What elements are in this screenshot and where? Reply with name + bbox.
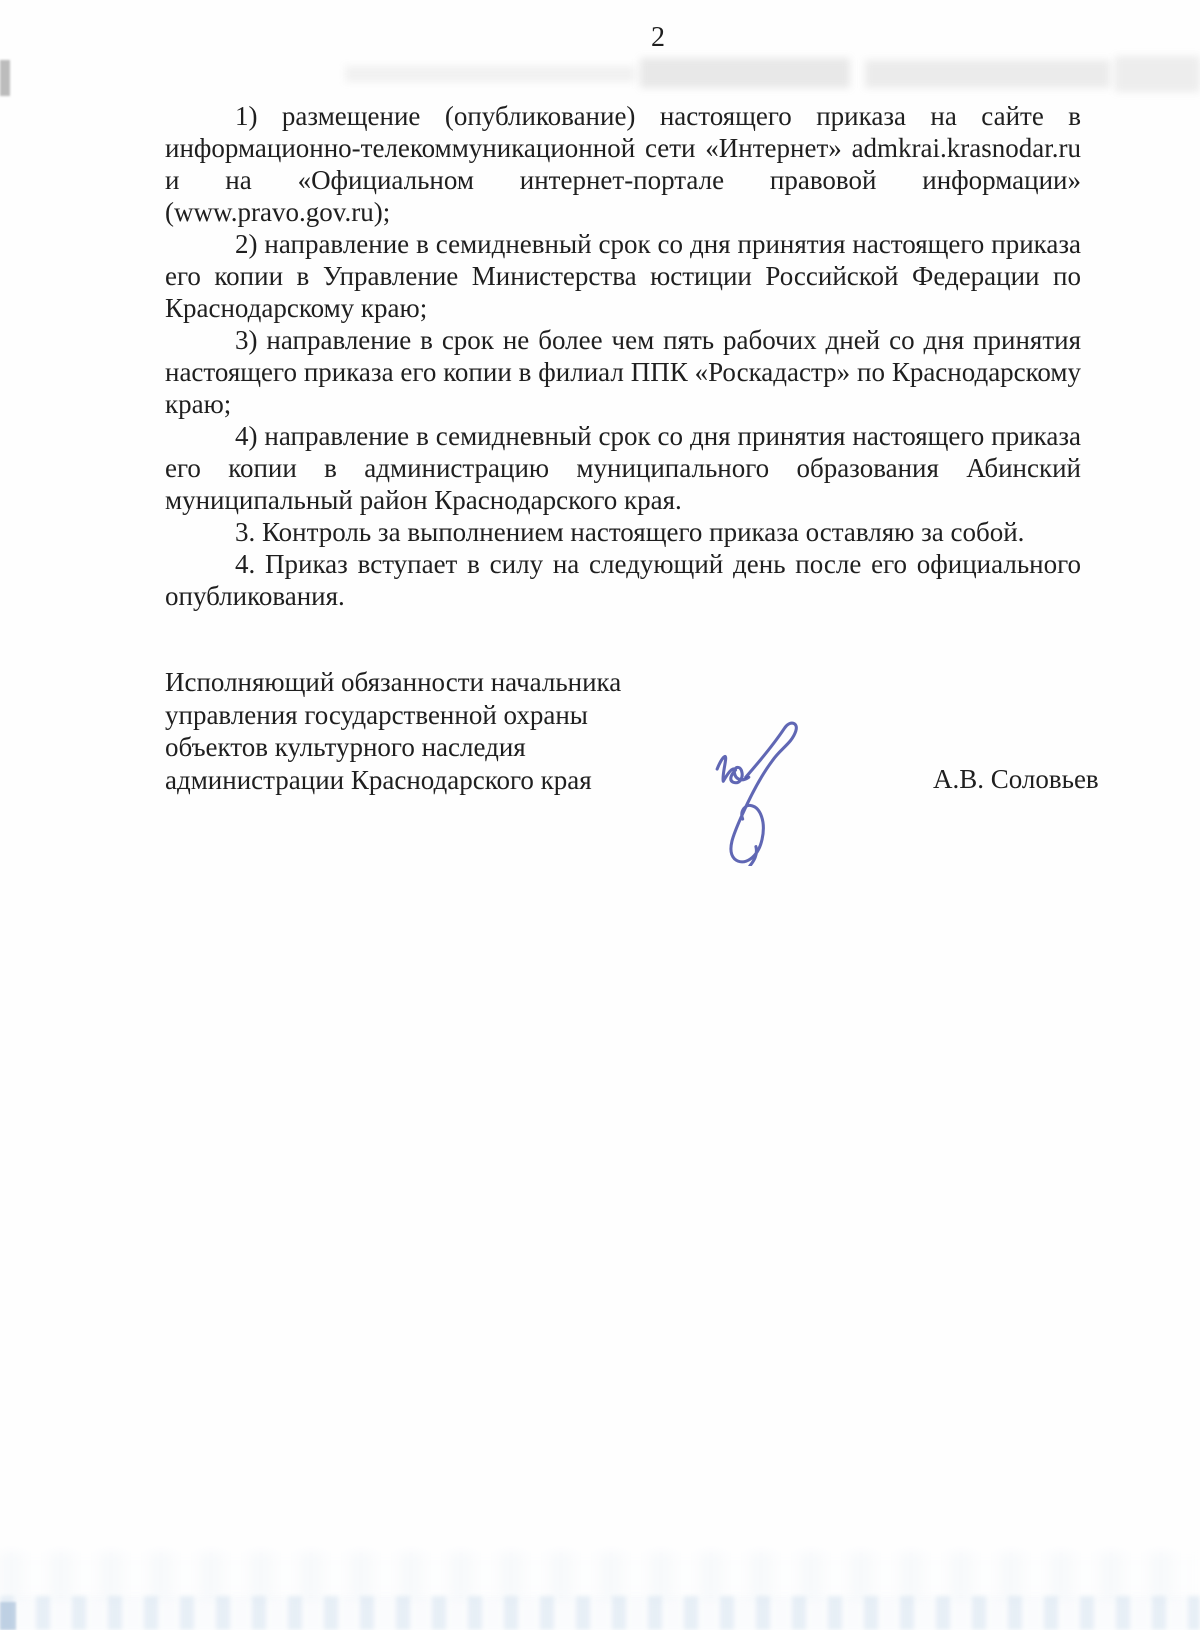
signatory-name: А.В. Соловьев xyxy=(933,764,1099,795)
signatory-title-line: управления государственной охраны xyxy=(165,699,621,732)
signature-stroke xyxy=(731,723,796,866)
signatory-title-line: объектов культурного наследия xyxy=(165,731,621,764)
scan-smudge xyxy=(345,66,635,82)
scan-edge-mark xyxy=(0,1602,16,1630)
scan-smudge xyxy=(640,58,850,88)
scan-bleed-band xyxy=(0,1596,1200,1630)
scan-smudge xyxy=(865,60,1110,88)
order-subitem-1: 1) размещение (опубликование) настоящего… xyxy=(165,100,1081,228)
document-page: 2 1) размещение (опубликование) настояще… xyxy=(0,0,1200,1630)
signatory-title-line: администрации Краснодарского края xyxy=(165,764,621,797)
order-body: 1) размещение (опубликование) настоящего… xyxy=(165,100,1081,612)
order-subitem-4: 4) направление в семидневный срок со дня… xyxy=(165,420,1081,516)
signatory-title: Исполняющий обязанности начальника управ… xyxy=(165,666,621,796)
order-item-4: 4. Приказ вступает в силу на следующий д… xyxy=(165,548,1081,612)
order-item-3: 3. Контроль за выполнением настоящего пр… xyxy=(165,516,1081,548)
scan-smudge xyxy=(1115,56,1200,92)
scan-bleed-band xyxy=(0,1552,1200,1598)
signatory-title-line: Исполняющий обязанности начальника xyxy=(165,666,621,699)
scan-edge-mark xyxy=(0,60,10,96)
order-subitem-3: 3) направление в срок не более чем пять … xyxy=(165,324,1081,420)
handwritten-signature xyxy=(708,718,812,866)
order-subitem-2: 2) направление в семидневный срок со дня… xyxy=(165,228,1081,324)
signature-stroke xyxy=(717,756,749,782)
page-number: 2 xyxy=(0,22,1200,54)
